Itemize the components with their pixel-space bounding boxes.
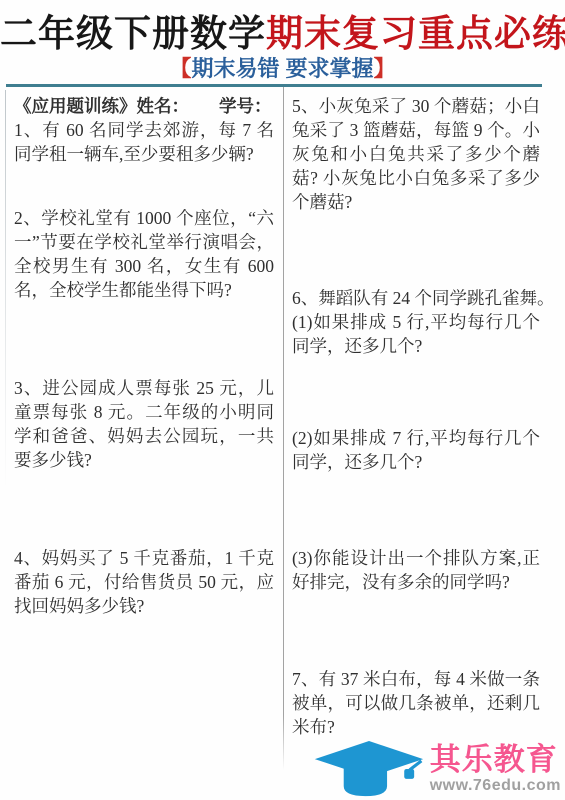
brand-name: 其乐教育	[430, 743, 561, 777]
subtitle-text: 期末易错 要求掌握	[191, 56, 373, 81]
brand-website: www.76edu.com	[430, 777, 561, 795]
problem-5: 5、小灰兔采了 30 个蘑菇；小白兔采了 3 篮蘑菇，每篮 9 个。小灰兔和小白…	[292, 94, 540, 214]
brand-text-block: 其乐教育 www.76edu.com	[430, 743, 561, 795]
worksheet-page: 二年级下册数学期末复习重点必练 【期末易错 要求掌握】 《应用题训练》姓名：学号…	[0, 0, 565, 800]
subtitle-bracket-close: 】	[374, 56, 396, 81]
section-title-and-name-label: 《应用题训练》姓名：	[14, 96, 189, 116]
problem-3: 3、进公园成人票每张 25 元，儿童票每张 8 元。二年级的小明同学和爸爸、妈妈…	[14, 376, 274, 472]
page-title: 二年级下册数学期末复习重点必练	[0, 0, 565, 56]
problem-4: 4、妈妈买了 5 千克番茄，1 千克番茄 6 元，付给售货员 50 元，应找回妈…	[14, 546, 274, 618]
subtitle-bracket-open: 【	[169, 56, 191, 81]
problem-columns: 《应用题训练》姓名：学号： 1、有 60 名同学去郊游，每 7 名同学租一辆车,…	[0, 87, 565, 797]
title-part-black: 二年级下册数学	[0, 13, 266, 54]
left-column: 《应用题训练》姓名：学号： 1、有 60 名同学去郊游，每 7 名同学租一辆车,…	[0, 87, 283, 618]
brand-logo: 其乐教育 www.76edu.com	[313, 740, 561, 798]
title-part-red: 期末复习重点必练	[266, 13, 565, 54]
right-column: 5、小灰兔采了 30 个蘑菇；小白兔采了 3 篮蘑菇，每篮 9 个。小灰兔和小白…	[283, 87, 565, 739]
subtitle: 【期末易错 要求掌握】	[0, 56, 565, 82]
problem-1: 1、有 60 名同学去郊游，每 7 名同学租一辆车,至少要租多少辆?	[14, 118, 274, 166]
problem-7: 7、有 37 米白布，每 4 米做一条被单，可以做几条被单，还剩几米布?	[292, 667, 540, 739]
problem-6-part-1: (1)如果排成 5 行,平均每行几个同学，还多几个?	[292, 310, 540, 358]
student-number-label: 学号：	[219, 96, 272, 116]
problem-6-heading: 6、舞蹈队有 24 个同学跳孔雀舞。	[292, 286, 540, 310]
problem-2: 2、学校礼堂有 1000 个座位，“六一”节要在学校礼堂举行演唱会，全校男生有 …	[14, 206, 274, 302]
graduation-cap-icon	[313, 740, 425, 798]
left-border-line	[5, 90, 6, 490]
problem-6-part-2: (2)如果排成 7 行,平均每行几个同学，还多几个?	[292, 426, 540, 474]
section-header: 《应用题训练》姓名：学号：	[14, 94, 274, 118]
column-divider	[283, 87, 284, 770]
problem-6-part-3: (3)你能设计出一个排队方案,正好排完，没有多余的同学吗?	[292, 546, 540, 594]
